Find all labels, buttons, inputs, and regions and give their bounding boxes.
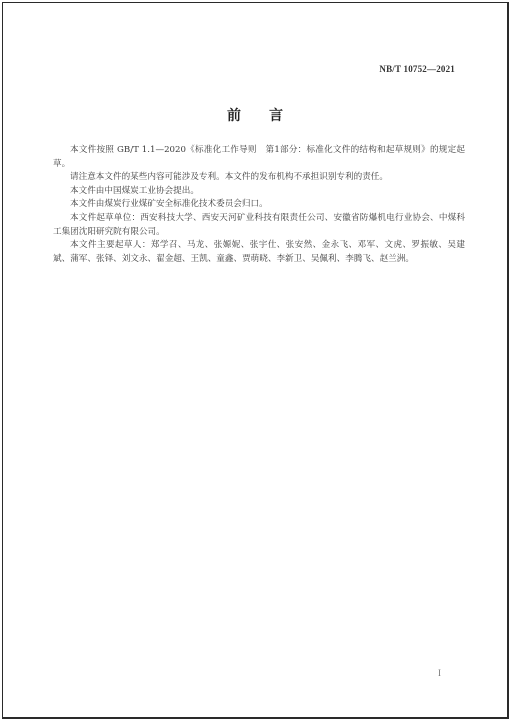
standard-number: NB/T 10752—2021 — [379, 64, 455, 74]
paragraph-drafters: 本文件主要起草人：郑学召、马龙、张嫄妮、张宇仕、张安然、金永飞、邓军、文虎、罗振… — [53, 239, 465, 266]
page-title: 前言 — [3, 105, 507, 125]
paragraph-drafting-rules: 本文件按照 GB/T 1.1—2020《标准化工作导则 第1部分：标准化文件的结… — [53, 144, 465, 171]
title-char-1: 前 — [227, 108, 241, 124]
page-number: I — [438, 668, 441, 678]
preface-body: 本文件按照 GB/T 1.1—2020《标准化工作导则 第1部分：标准化文件的结… — [53, 144, 465, 266]
title-char-2: 言 — [269, 108, 283, 124]
document-page: NB/T 10752—2021 前言 本文件按照 GB/T 1.1—2020《标… — [2, 2, 509, 719]
paragraph-drafting-organizations: 本文件起草单位：西安科技大学、西安天河矿业科技有限责任公司、安徽省防爆机电行业协… — [53, 212, 465, 239]
paragraph-patent-notice: 请注意本文件的某些内容可能涉及专利。本文件的发布机构不承担识别专利的责任。 — [53, 171, 465, 185]
paragraph-technical-committee: 本文件由煤炭行业煤矿安全标准化技术委员会归口。 — [53, 198, 465, 212]
paragraph-proposer: 本文件由中国煤炭工业协会提出。 — [53, 185, 465, 199]
